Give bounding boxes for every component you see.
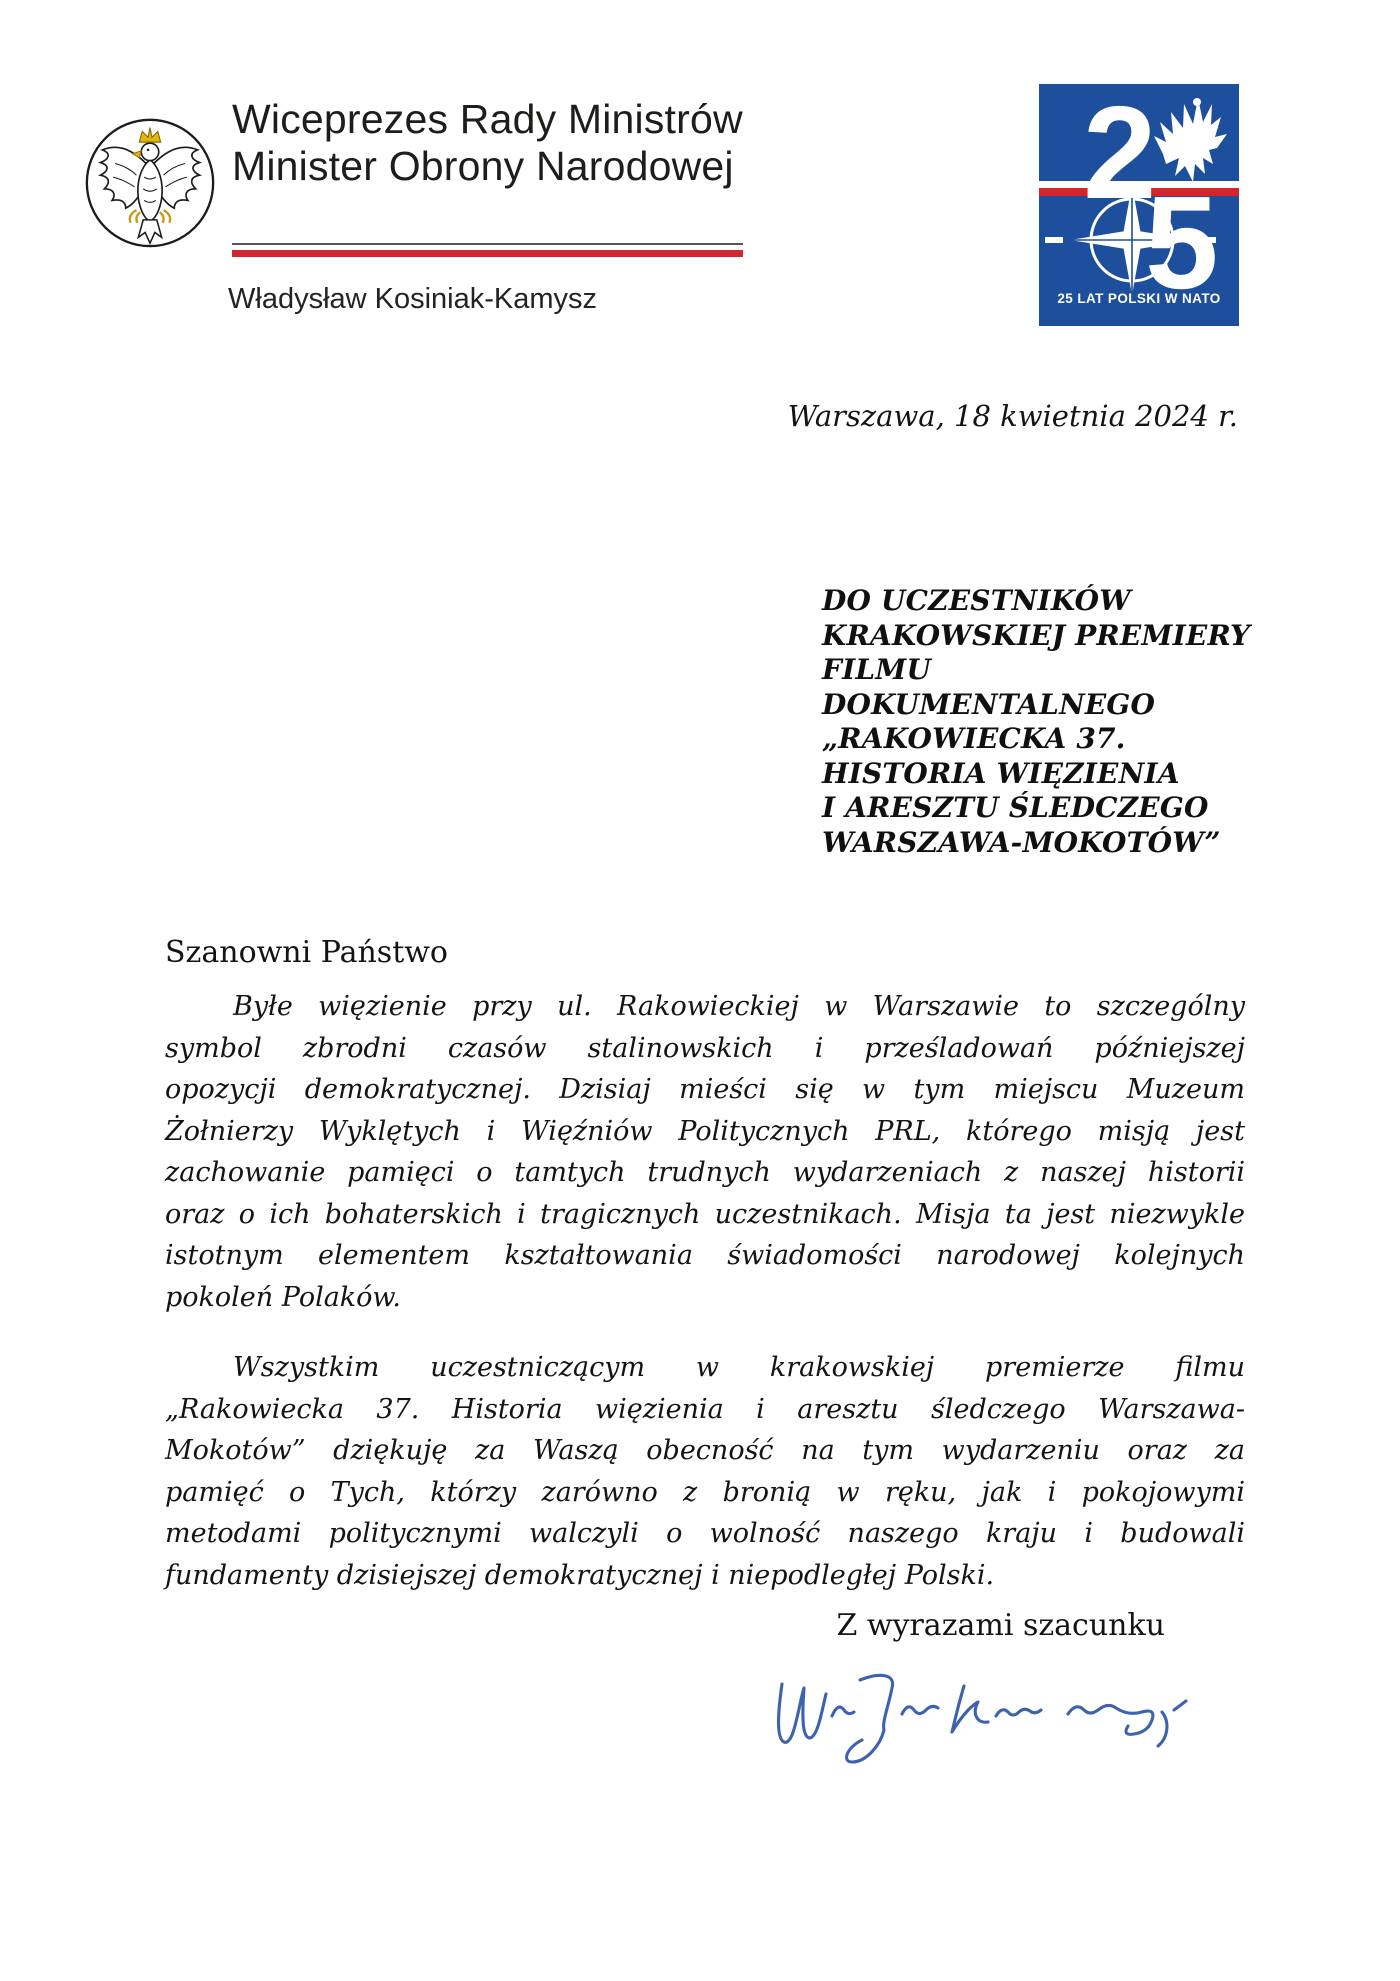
closing-phrase: Z wyrazami szacunku: [165, 1608, 1245, 1643]
paragraph-line: Żołnierzy Wyklętych i Więźniów Polityczn…: [165, 1111, 1245, 1153]
paragraph-line: pamięć o Tych, którzy zarówno z bronią w…: [165, 1472, 1245, 1514]
paragraph-line: zachowanie pamięci o tamtych trudnych wy…: [165, 1152, 1245, 1194]
recipient-line: HISTORIA WIĘZIENIA: [822, 757, 1262, 792]
header-rule-thin: [232, 243, 743, 245]
logo-caption: 25 LAT POLSKI W NATO: [1039, 291, 1239, 306]
paragraph-2: Wszystkim uczestniczącym w krakowskiej p…: [165, 1347, 1245, 1596]
recipient-line: I ARESZTU ŚLEDCZEGO: [822, 791, 1262, 826]
header-title-line2: Minister Obrony Narodowej: [232, 143, 743, 190]
recipient-line: WARSZAWA-MOKOTÓW”: [822, 826, 1262, 861]
polish-eagle-emblem-icon: [82, 106, 218, 256]
paragraph-line: „Rakowiecka 37. Historia więzienia i are…: [165, 1389, 1245, 1431]
paragraph-line: opozycji demokratycznej. Dzisiaj mieści …: [165, 1069, 1245, 1111]
paragraph-1: Byłe więzienie przy ul. Rakowieckiej w W…: [165, 986, 1245, 1318]
paragraph-line: metodami politycznymi walczyli o wolność…: [165, 1513, 1245, 1555]
letter-body: Szanowni Państwo Byłe więzienie przy ul.…: [165, 934, 1245, 1643]
recipient-block: DO UCZESTNIKÓW KRAKOWSKIEJ PREMIERY FILM…: [822, 584, 1262, 860]
paragraph-line: Byłe więzienie przy ul. Rakowieckiej w W…: [165, 986, 1245, 1028]
header-title: Wiceprezes Rady Ministrów Minister Obron…: [232, 96, 743, 190]
official-name: Władysław Kosiniak-Kamysz: [228, 283, 597, 316]
salutation: Szanowni Państwo: [165, 934, 1245, 972]
recipient-line: FILMU DOKUMENTALNEGO: [822, 653, 1262, 722]
paragraph-line: Mokotów” dziękuję za Waszą obecność na t…: [165, 1430, 1245, 1472]
recipient-line: „RAKOWIECKA 37.: [822, 722, 1262, 757]
paragraph-line: fundamenty dzisiejszej demokratycznej i …: [165, 1555, 1245, 1597]
letter-page: Wiceprezes Rady Ministrów Minister Obron…: [0, 0, 1400, 1981]
nato-25-logo: 2 5 25 LAT POLSKI W NATO: [1039, 84, 1239, 326]
header-rule-red: [232, 250, 743, 257]
paragraph-line: symbol zbrodni czasów stalinowskich i pr…: [165, 1028, 1245, 1070]
paragraph-line: istotnym elementem kształtowania świadom…: [165, 1235, 1245, 1277]
handwritten-signature-icon: [768, 1650, 1198, 1784]
paragraph-line: oraz o ich bohaterskich i tragicznych uc…: [165, 1194, 1245, 1236]
paragraph-line: pokoleń Polaków.: [165, 1277, 1245, 1319]
logo-digit-5: 5: [1145, 178, 1218, 308]
recipient-line: KRAKOWSKIEJ PREMIERY: [822, 619, 1262, 654]
header-title-line1: Wiceprezes Rady Ministrów: [232, 96, 743, 143]
recipient-line: DO UCZESTNIKÓW: [822, 584, 1262, 619]
dateline: Warszawa, 18 kwietnia 2024 r.: [165, 399, 1238, 433]
paragraph-line: Wszystkim uczestniczącym w krakowskiej p…: [165, 1347, 1245, 1389]
